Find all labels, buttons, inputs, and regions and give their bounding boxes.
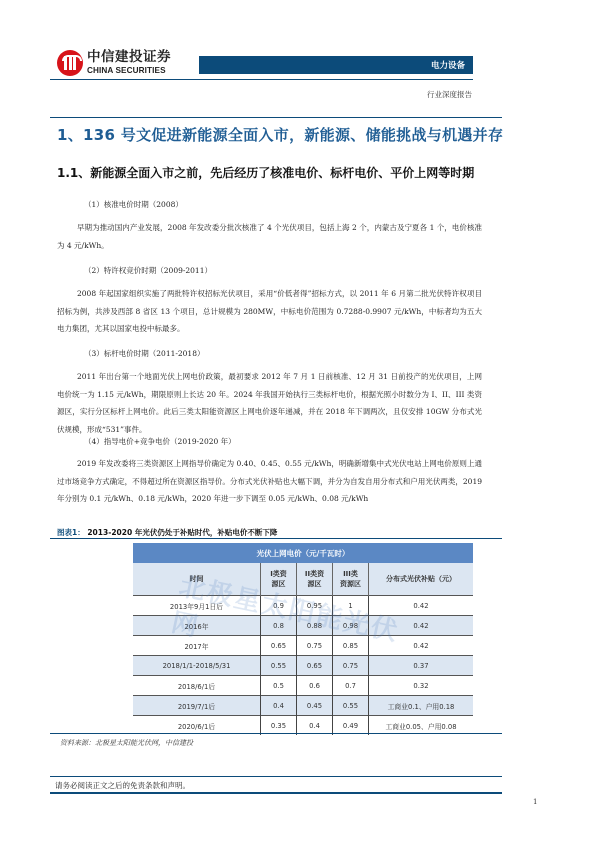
footer-divider	[50, 776, 502, 777]
period-3-title: （3）标杆电价时期（2011-2018）	[84, 348, 204, 359]
period-3-body: 2011 年出台第一个地面光伏上网电价政策，最初要求 2012 年 7 月 1 …	[57, 368, 482, 438]
figure-top-rule	[50, 538, 502, 539]
figure-source: 资料来源：北极星太阳能光伏网，中信建投	[60, 738, 193, 748]
section-heading: 1、136 号文促进新能源全面入市，新能源、储能挑战与机遇并存	[57, 124, 503, 145]
footer-bar	[50, 792, 502, 794]
period-4-title: （4）指导电价+竞争电价（2019-2020 年）	[84, 436, 236, 447]
period-2-title: （2）特许权竞价时期（2009-2011）	[84, 265, 212, 276]
period-2-body: 2008 年起国家组织实施了两批特许权招标光伏项目，采用“价低者得”招标方式，以…	[57, 285, 482, 338]
table-group-header: 光伏上网电价（元/千瓦时）	[133, 543, 473, 563]
figure-title: 2013-2020 年光伏仍处于补贴时代，补贴电价不断下降	[87, 528, 277, 537]
figure-caption: 图表1： 2013-2020 年光伏仍处于补贴时代，补贴电价不断下降	[57, 527, 277, 538]
col-header-class-3: III类资源区	[333, 563, 369, 596]
period-4-body: 2019 年发改委将三类资源区上网指导价确定为 0.40、0.45、0.55 元…	[57, 455, 482, 508]
period-1-title: （1）核准电价时期（2008）	[84, 199, 183, 210]
company-logo: 中信建投证券 CHINA SECURITIES	[57, 46, 187, 80]
disclaimer-text: 请务必阅读正文之后的免责条款和声明。	[55, 780, 190, 791]
period-1-body: 早期为推动国内产业发展，2008 年发改委分批次核准了 4 个光伏项目，包括上海…	[57, 219, 482, 254]
table-row: 2018/6/1后 0.5 0.6 0.7 0.32	[133, 676, 473, 696]
figure-bottom-rule	[50, 733, 502, 734]
subsection-heading: 1.1、新能源全面入市之前，先后经历了核准电价、标杆电价、平价上网等时期	[57, 164, 474, 181]
table-row: 2018/1/1-2018/5/31 0.55 0.65 0.75 0.37	[133, 656, 473, 676]
figure-label: 图表1：	[57, 528, 85, 537]
section-divider	[50, 117, 502, 118]
logo-chinese-name: 中信建投证券	[87, 51, 171, 65]
sector-label: 电力设备	[431, 59, 465, 71]
header-divider	[50, 79, 473, 80]
page-number: 1	[533, 798, 537, 806]
col-header-distributed-subsidy: 分布式光伏补贴（元）	[369, 563, 474, 596]
citic-logo-icon	[57, 50, 83, 76]
sector-banner: 电力设备	[199, 56, 473, 74]
logo-english-name: CHINA SECURITIES	[87, 67, 171, 75]
table-row: 2019/7/1后 0.4 0.45 0.55 工商业0.1、户用0.18	[133, 696, 473, 716]
report-type-label: 行业深度报告	[427, 89, 472, 100]
